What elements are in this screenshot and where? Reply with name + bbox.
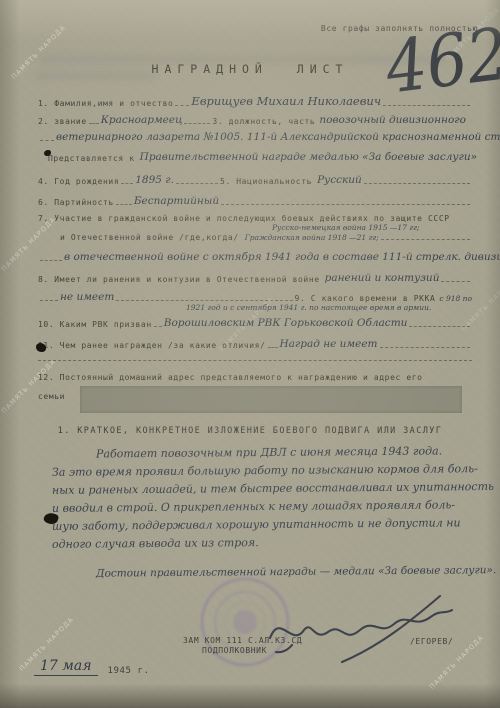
feat-text-line: шую заботу, поддерживал хорошую упитанно… — [52, 516, 474, 533]
field-wounds-value: ранений и контузий — [325, 272, 440, 284]
field-unit-continuation-row: ветеринарного лазарета №1005. 111-й Алек… — [38, 131, 472, 143]
watermark: ПАМЯТЬ НАРОДА — [0, 357, 58, 415]
field-birth-nationality-row: 4. Год рождения 1895 г. 5. Национальност… — [38, 174, 472, 186]
dash-line — [116, 200, 132, 205]
field-prior-awards-row: 11. Чем ранее награжден /за какие отличи… — [38, 338, 472, 350]
field-nationality-value: Русский — [317, 174, 362, 186]
dash-line — [121, 179, 133, 184]
field-rank-unit-row: 2. звание Красноармеец 3. должность, час… — [38, 114, 472, 126]
dash-line — [381, 235, 470, 240]
verdict-line: Достоин правительственной награды — меда… — [96, 564, 474, 579]
field-wounds-label: 8. Имеет ли ранения и контузии в Отечест… — [38, 275, 320, 284]
dash-line — [364, 179, 470, 184]
dash-line — [116, 296, 292, 301]
dash-line — [380, 343, 470, 348]
field-rkka-value: с 918 по — [439, 294, 472, 303]
field-fullname-value: Еврищуев Михаил Николаевич — [191, 94, 381, 108]
field-nomination-row: Представляется к Правительственной награ… — [38, 151, 472, 163]
dash-line — [221, 200, 470, 205]
field-unit-value: повозочный дивизионного — [319, 114, 466, 126]
dash-line — [40, 256, 62, 261]
dash-line — [441, 277, 470, 282]
field-war-service-value-row: в отечественной войне с октября 1941 год… — [38, 251, 472, 263]
dash-line — [89, 119, 99, 124]
field-unit-value-continued: ветеринарного лазарета №1005. 111-й Алек… — [56, 131, 500, 143]
field-rkka-row: не имеет 9. С какого времени в РККА с 91… — [38, 291, 472, 303]
feat-text-line: ных и раненых лошадей, и тем быстрее вос… — [52, 480, 474, 497]
field-wounds-value-continued: не имеет — [60, 291, 114, 303]
field-address-label: 12. Постоянный домашний адрес представля… — [38, 373, 423, 382]
feat-text-line: За это время проявил большую работу по и… — [52, 462, 474, 479]
dash-line — [184, 119, 210, 124]
field-war-service-value: в отечественной войне с октября 1941 год… — [64, 251, 500, 263]
dash-line — [409, 322, 470, 327]
dash-line — [40, 136, 54, 141]
feat-text-line: одного случая вывода их из строя. — [52, 534, 474, 551]
field-war-service-row: 7. Участие в гражданской войне и последу… — [38, 214, 472, 223]
dash-line — [268, 343, 278, 348]
feat-text-line: и вводил в строй. О прикрепленных к нему… — [52, 498, 474, 515]
war-service-insert-top: Русско-немецкая война 1915 —17 гг; — [272, 223, 419, 232]
field-nomination-value: Правительственной награде медалью «За бо… — [140, 151, 477, 163]
field-party-value: Беспартийный — [134, 195, 219, 207]
date-day-month-handwritten: 17 мая — [34, 658, 98, 676]
field-rkka-label: 9. С какого времени в РККА — [295, 294, 436, 303]
field-drafted-value: Ворошиловским РВК Горьковской Области — [164, 317, 408, 329]
field-prior-awards-label: 11. Чем ранее награжден /за какие отличи… — [38, 341, 266, 350]
feat-section-title: 1. КРАТКОЕ, КОНКРЕТНОЕ ИЗЛОЖЕНИЕ БОЕВОГО… — [0, 426, 500, 436]
field-nationality-label: 5. Национальность — [220, 177, 312, 186]
signer-position-line2: ПОДПОЛКОВНИК — [202, 646, 267, 655]
war-service-insert-bottom: Гражданская война 1918 —21 гг; — [245, 233, 379, 242]
registry-number: 462 — [382, 19, 500, 105]
field-party-label: 6. Партийность — [38, 198, 114, 207]
separator-dashed-line — [38, 356, 472, 361]
dash-line — [154, 322, 162, 327]
field-unit-label: 3. должность, часть — [212, 117, 315, 126]
dash-line — [175, 101, 189, 106]
dash-line — [40, 296, 58, 301]
field-nomination-label: Представляется к — [48, 154, 135, 163]
redacted-address-block — [80, 386, 462, 413]
field-address-label-continued: семьи — [38, 392, 65, 401]
field-war-service-row2: и Отечественной войне /где,когда/ Гражда… — [60, 233, 472, 242]
field-rank-value: Красноармеец — [101, 114, 183, 126]
dash-line — [176, 179, 218, 184]
field-drafted-row: 10. Каким РВК призван Ворошиловским РВК … — [38, 317, 472, 329]
date-year-typed: 1945 г. — [108, 666, 150, 676]
award-sheet-document: ПАМЯТЬ НАРОДА ПАМЯТЬ НАРОДА ПАМЯТЬ НАРОД… — [0, 0, 500, 708]
field-birth-value: 1895 г. — [135, 174, 174, 186]
feat-text-line: Работает повозочным при ДВЛ с июня месяц… — [52, 444, 474, 461]
signature-scribble — [262, 590, 462, 665]
field-party-row: 6. Партийность Беспартийный — [38, 195, 472, 207]
field-prior-awards-value: Наград не имеет — [280, 338, 378, 350]
field-birth-label: 4. Год рождения — [38, 177, 119, 186]
date-row: 17 мая 1945 г. — [34, 658, 150, 676]
field-rank-label: 2. звание — [38, 117, 87, 126]
field-rkka-value-small: 1921 год и с сентября 1941 г. по настоящ… — [186, 303, 431, 312]
field-address-row: 12. Постоянный домашний адрес представля… — [38, 373, 472, 382]
watermark: ПАМЯТЬ НАРОДА — [0, 215, 58, 273]
field-war-service-label-line1: 7. Участие в гражданской войне и последу… — [38, 214, 450, 223]
field-war-service-label-line2: и Отечественной войне /где,когда/ — [60, 233, 239, 242]
field-fullname-label: 1. Фамилия,имя и отчество — [38, 99, 173, 108]
field-wounds-row: 8. Имеет ли ранения и контузии в Отечест… — [38, 272, 472, 284]
ink-blot — [36, 343, 46, 352]
field-drafted-label: 10. Каким РВК призван — [38, 320, 152, 329]
